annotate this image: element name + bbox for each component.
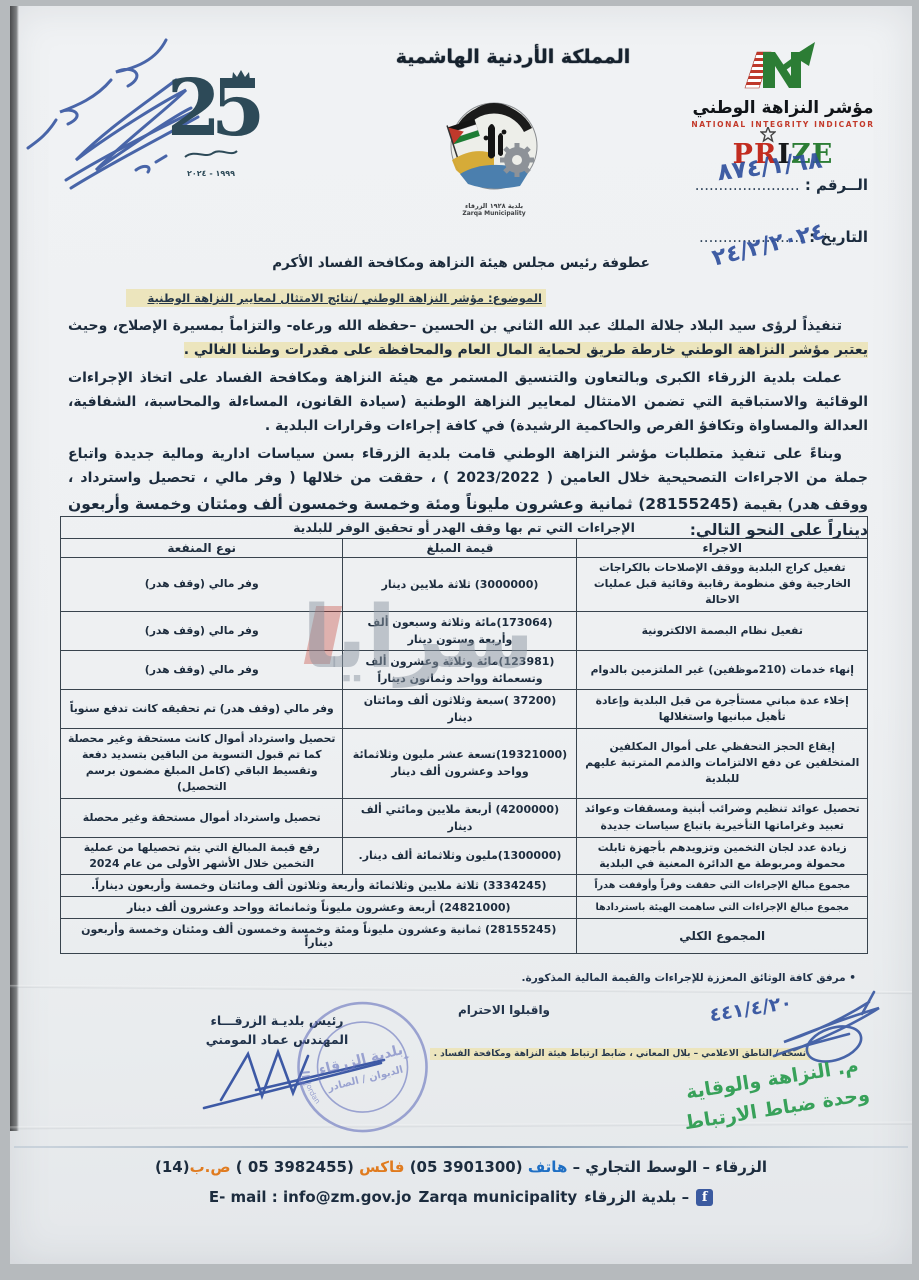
- kingdom-title: المملكة الأردنية الهاشمية: [378, 46, 648, 68]
- summary-total-label: المجموع الكلي: [577, 919, 868, 954]
- salutation-line: عطوفة رئيس مجلس هيئة النزاهة ومكافحة الف…: [10, 255, 912, 271]
- svg-text:✦: ✦: [298, 1078, 309, 1091]
- municipality-emblem-icon: [438, 94, 550, 198]
- cell-benefit: تحصيل واسترداد أموال كانت مستحقة وغير مح…: [61, 728, 343, 798]
- cell-benefit: رفع قيمة المبالغ التي يتم تحصيلها من عمل…: [61, 837, 343, 874]
- cell-amount: (37200 )سبعة وثلاثون ألف ومائتان دينار: [343, 689, 577, 728]
- jubilee-years: ١٩٩٩ - ٢٠٢٤: [156, 169, 266, 178]
- cell-amount: (123981)مائة وثلاثة وعشرون ألف وتسعمائة …: [343, 650, 577, 689]
- table-row: تفعيل كراج البلدية ووقف الإصلاحات بالكرا…: [61, 558, 868, 612]
- cell-action: تحصيل عوائد تنظيم وضرائب أبنية ومسقفات و…: [577, 798, 868, 837]
- table-row: تفعيل نظام البصمة الالكترونية (173064)ما…: [61, 611, 868, 650]
- contact-city: الزرقاء – الوسط التجاري –: [567, 1158, 767, 1176]
- email-address: E- mail : info@zm.gov.jo: [209, 1188, 412, 1206]
- nii-subtitle: NATIONAL INTEGRITY INDICATOR: [658, 120, 908, 129]
- footer-divider: [14, 1146, 908, 1148]
- savings-table: الإجراءات التي تم بها وقف الهدر أو تحقيق…: [60, 516, 868, 954]
- municipality-name-en: Zarqa municipality: [418, 1188, 577, 1206]
- municipality-name-ar: بلدية الزرقاء –: [584, 1188, 689, 1206]
- cell-benefit: وفر مالي (وقف هدر): [61, 650, 343, 689]
- pob-label: ص.ب: [190, 1158, 231, 1176]
- phone-label: هاتف: [528, 1158, 568, 1176]
- summary-row: المجموع الكلي (28155245) ثمانية وعشرون م…: [61, 919, 868, 954]
- cell-action: إنهاء خدمات (210موظفين) غير الملتزمين با…: [577, 650, 868, 689]
- cell-action: تفعيل نظام البصمة الالكترونية: [577, 611, 868, 650]
- table-row: إنهاء خدمات (210موظفين) غير الملتزمين با…: [61, 650, 868, 689]
- table-title: الإجراءات التي تم بها وقف الهدر أو تحقيق…: [61, 517, 868, 539]
- prize-star-icon: [760, 127, 776, 143]
- summary-value: (24821000) أربعة وعشرون مليوناً وثمانمائ…: [61, 897, 577, 919]
- fax-number: ( 05 3982455): [236, 1158, 354, 1176]
- subject-line: الموضوع: مؤشر النزاهة الوطني /نتائج الام…: [126, 289, 546, 307]
- nii-title: مؤشر النزاهة الوطني: [658, 98, 908, 118]
- col-header-amount: قيمة المبلغ: [343, 539, 577, 558]
- cell-amount: (1300000)مليون وثلاثمائة ألف دينار.: [343, 837, 577, 874]
- col-header-action: الاجراء: [577, 539, 868, 558]
- cell-amount: (173064)مائة وثلاثة وسبعون ألف وأربعة وس…: [343, 611, 577, 650]
- summary-row: مجموع مبالغ الإجراءات التي ساهمت الهيئة …: [61, 897, 868, 919]
- paragraph-1-highlight: يعتبر مؤشر النزاهة الوطني خارطة طريق لحم…: [184, 342, 868, 358]
- cell-benefit: وفر مالي (وقف هدر): [61, 558, 343, 612]
- cell-benefit: وفر مالي (وقف هدر): [61, 611, 343, 650]
- cell-amount: (4200000) أربعة ملايين ومائتي ألف دينار: [343, 798, 577, 837]
- attachment-note: مرفق كافة الوثائق المعززة للإجراءات والق…: [522, 972, 856, 984]
- scanned-letter-photo: { "document": { "kingdom_title": "المملك…: [0, 0, 919, 1280]
- paragraph-1-lead: تنفيذاً لرؤى سيد البلاد جلالة الملك عبد …: [68, 318, 842, 334]
- summary-value: (3334245) ثلاثة ملايين وثلاثمائة وأربعة …: [61, 875, 577, 897]
- cell-benefit: وفر مالي (وقف هدر) تم تحقيقه كانت تدفع س…: [61, 689, 343, 728]
- letter-page: 25 ١٩٩٩ - ٢٠٢٤ المملكة الأردنية الهاشمية: [10, 6, 912, 1264]
- paragraph-1: تنفيذاً لرؤى سيد البلاد جلالة الملك عبد …: [68, 314, 868, 362]
- reference-number-label: الــرقم :: [805, 176, 868, 194]
- table-row: تحصيل عوائد تنظيم وضرائب أبنية ومسقفات و…: [61, 798, 868, 837]
- crown-icon: [230, 68, 252, 82]
- nii-mark-icon: [723, 40, 843, 92]
- svg-text:✦: ✦: [401, 1052, 412, 1065]
- gear-icon: [500, 143, 534, 177]
- jubilee-calligraphy: [181, 147, 241, 161]
- closing-regards: واقبلوا الاحترام: [458, 1003, 550, 1017]
- fax-label: فاكس: [359, 1158, 404, 1176]
- summary-row: مجموع مبالغ الإجراءات التي حققت وفراً وأ…: [61, 875, 868, 897]
- letter-body: تنفيذاً لرؤى سيد البلاد جلالة الملك عبد …: [68, 314, 868, 548]
- col-header-benefit: نوع المنفعة: [61, 539, 343, 558]
- table-header-row: الاجراء قيمة المبلغ نوع المنفعة: [61, 539, 868, 558]
- municipality-emblem: بلدية ١٩٢٨ الزرقاء Zarqa Municipality: [436, 94, 552, 218]
- cell-action: إيقاع الحجز التحفظي على أموال المكلفين ا…: [577, 728, 868, 798]
- cell-amount: (3000000) ثلاثة ملايين دينار: [343, 558, 577, 612]
- cell-amount: (19321000)تسعة عشر مليون وثلاثمائة وواحد…: [343, 728, 577, 798]
- contact-line-1: الزرقاء – الوسط التجاري – هاتف (05 39013…: [10, 1158, 912, 1176]
- municipality-stamp: المملكة الاردنية الهاشمية Hashemite King…: [272, 976, 455, 1162]
- facebook-icon: f: [696, 1189, 713, 1206]
- table-row: إخلاء عدة مباني مستأجرة من قبل البلدية و…: [61, 689, 868, 728]
- phone-number: (05 3901300): [410, 1158, 523, 1176]
- emblem-caption-ar: بلدية ١٩٢٨ الزرقاء: [436, 202, 552, 210]
- cell-benefit: تحصيل واسترداد أموال مستحقة وغير محصلة: [61, 798, 343, 837]
- summary-label: مجموع مبالغ الإجراءات التي ساهمت الهيئة …: [577, 897, 868, 919]
- cell-action: زيادة عدد لجان التخمين وتزويدهم بأجهزة ت…: [577, 837, 868, 874]
- table-row: إيقاع الحجز التحفظي على أموال المكلفين ا…: [61, 728, 868, 798]
- jubilee-25-logo: 25 ١٩٩٩ - ٢٠٢٤: [156, 72, 266, 178]
- summary-label: مجموع مبالغ الإجراءات التي حققت وفراً وأ…: [577, 875, 868, 897]
- pob-number: (14): [155, 1158, 190, 1176]
- emblem-caption-en: Zarqa Municipality: [436, 210, 552, 218]
- jubilee-number: 25: [156, 72, 266, 146]
- cell-action: تفعيل كراج البلدية ووقف الإصلاحات بالكرا…: [577, 558, 868, 612]
- paragraph-2: عملت بلدية الزرقاء الكبرى وبالتعاون والت…: [68, 366, 868, 438]
- summary-total-value: (28155245) ثمانية وعشرون مليوناً ومئة وخ…: [61, 919, 577, 954]
- contact-line-2: E- mail : info@zm.gov.jo Zarqa municipal…: [10, 1188, 912, 1206]
- cell-action: إخلاء عدة مباني مستأجرة من قبل البلدية و…: [577, 689, 868, 728]
- table-row: زيادة عدد لجان التخمين وتزويدهم بأجهزة ت…: [61, 837, 868, 874]
